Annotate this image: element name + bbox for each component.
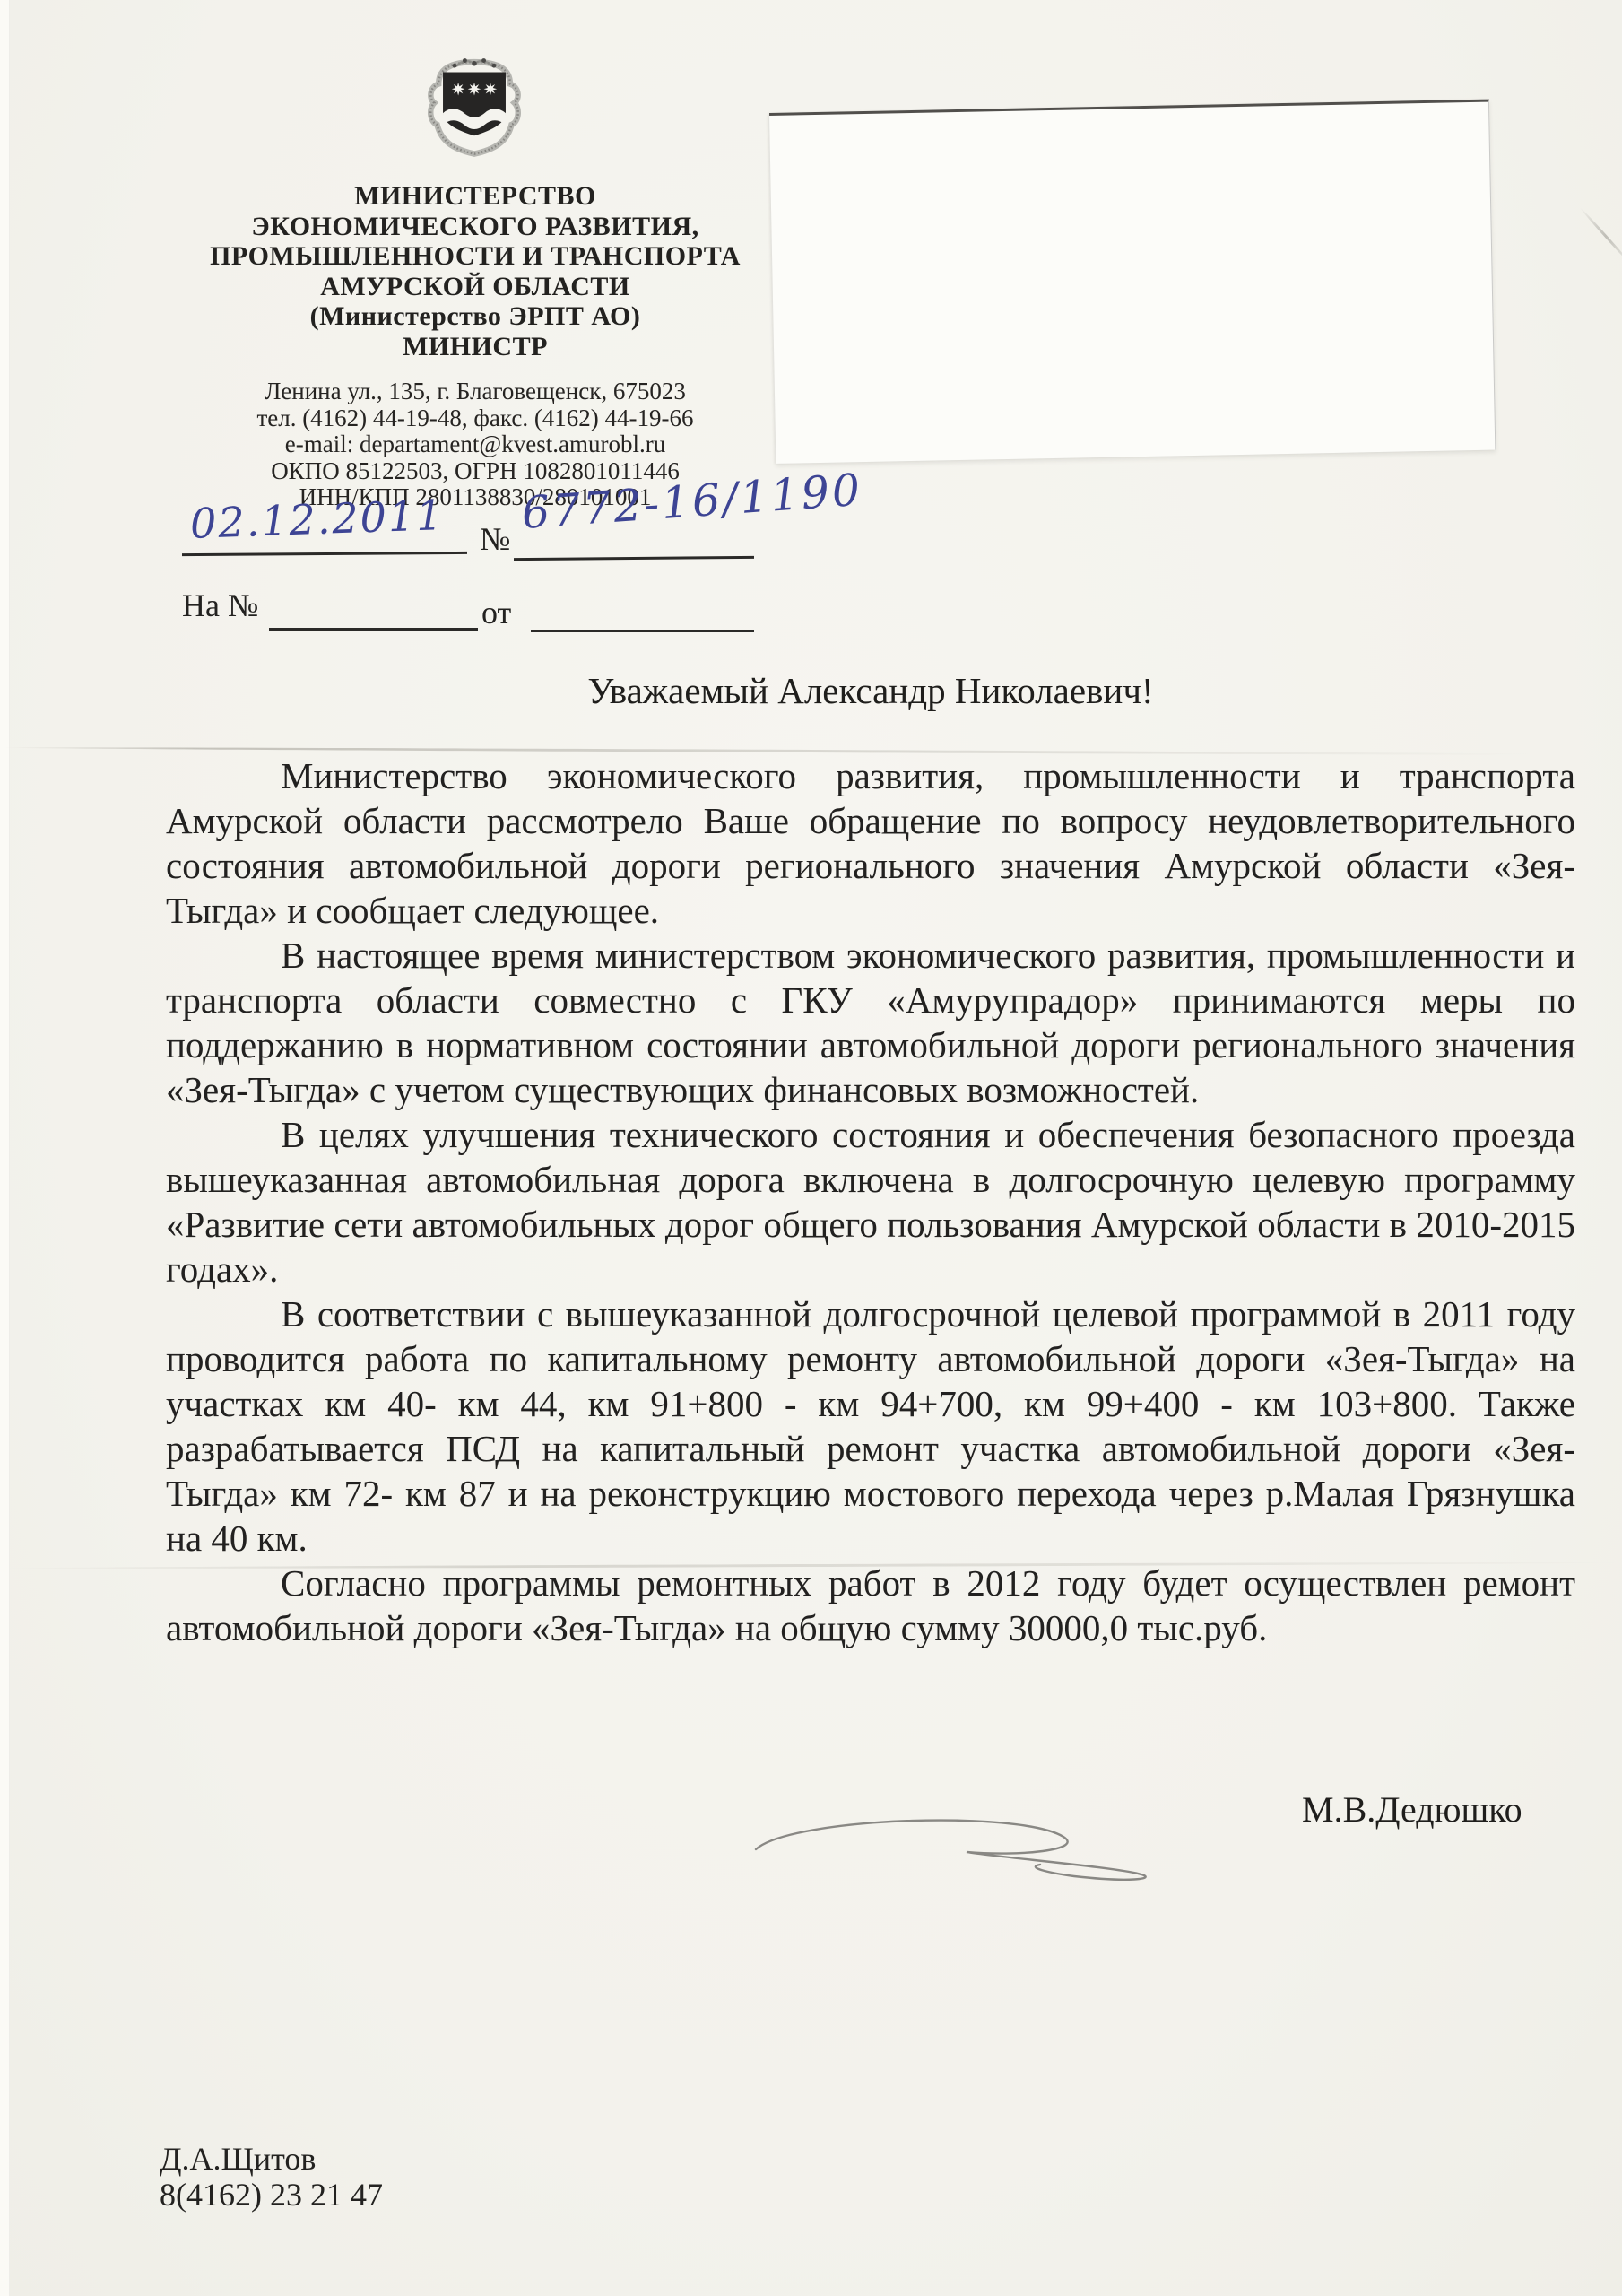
pasted-blank-overlay [769,100,1496,464]
page-curl-mark [1579,207,1622,266]
org-line: МИНИСТЕРСТВО [134,181,816,212]
org-line: ЭКОНОМИЧЕСКОГО РАЗВИТИЯ, [134,212,816,242]
scanner-edge-strip [0,0,10,2296]
number-underline [514,556,754,561]
executor-name: Д.А.Щитов [160,2140,316,2178]
handwritten-date: 02.12.2011 [189,491,445,548]
letterhead-organization: МИНИСТЕРСТВО ЭКОНОМИЧЕСКОГО РАЗВИТИЯ, ПР… [134,181,816,361]
body-paragraph: В соответствии с вышеуказанной долгосроч… [166,1291,1575,1561]
number-label: № [480,520,510,558]
reply-date-underline [531,630,754,632]
phone-fax-line: тел. (4162) 44-19-48, факс. (4162) 44-19… [134,405,816,432]
org-line: ПРОМЫШЛЕННОСТИ И ТРАНСПОРТА [134,241,816,272]
body-paragraph: Министерство экономического развития, пр… [166,753,1575,933]
body-paragraph: В целях улучшения технического состояния… [166,1112,1575,1291]
coat-of-arms-icon [420,48,529,170]
org-line-short-name: (Министерство ЭРПТ АО) [134,301,816,332]
reply-to-label: На № [182,587,258,624]
signatory-name: М.В.Дедюшко [1302,1788,1571,1831]
executor-phone: 8(4162) 23 21 47 [160,2176,383,2213]
address-line: Ленина ул., 135, г. Благовещенск, 675023 [134,378,816,405]
salutation: Уважаемый Александр Николаевич! [166,669,1575,712]
date-underline [182,552,467,556]
handwritten-signature [733,1805,1182,1887]
scanned-letter-page: { "page": { "background_color": "#f3f2ec… [0,0,1622,2296]
reply-from-label: от [481,594,511,631]
body-paragraph: В настоящее время министерством экономич… [166,933,1575,1112]
org-line-minister: МИНИСТР [134,332,816,362]
letter-body: Министерство экономического развития, пр… [166,753,1575,1650]
reply-number-underline [269,628,478,631]
org-line: АМУРСКОЙ ОБЛАСТИ [134,272,816,302]
email-line: e-mail: departament@kvest.amurobl.ru [134,431,816,458]
body-paragraph: Согласно программы ремонтных работ в 201… [166,1561,1575,1650]
